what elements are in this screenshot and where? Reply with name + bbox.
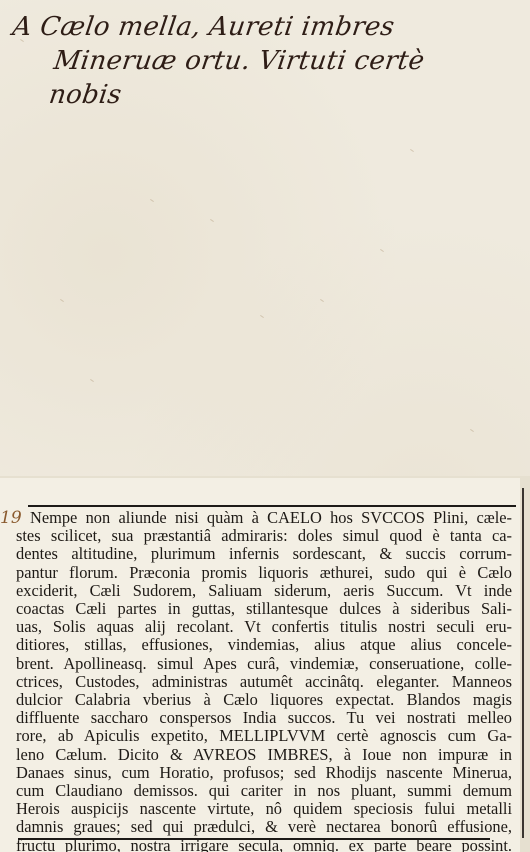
- paper-fleck: [210, 219, 214, 222]
- print-line: stes scilicet, sua præstantiâ admiraris:…: [16, 527, 512, 545]
- print-line: brent. Apollineasq. simul Apes curâ, vin…: [16, 655, 512, 673]
- top-rule: [28, 505, 516, 507]
- inscription-line: Mineruæ ortu. Virtuti certè: [6, 44, 521, 78]
- print-line: Danaes sinus, cum Horatio, profusos; sed…: [16, 764, 512, 782]
- print-line: cum Claudiano demissos. qui cariter in n…: [16, 782, 512, 800]
- handwritten-inscription: A Cælo mella, Aureti imbres Mineruæ ortu…: [1, 10, 525, 112]
- paper-fleck: [260, 315, 264, 318]
- inscription-line: A Cælo mella, Aureti imbres: [10, 10, 525, 44]
- print-line: pantur florum. Præconia promis liquoris …: [16, 564, 512, 582]
- paper-fleck: [60, 299, 64, 302]
- print-line: leno Cælum. Dicito & AVREOS IMBRES, à Io…: [16, 746, 512, 764]
- paper-fleck: [90, 379, 94, 382]
- paper-fleck: [150, 199, 154, 202]
- slip-right-edge: [522, 488, 524, 838]
- paper-fleck: [380, 249, 384, 252]
- printed-text-block: Nempe non aliunde nisi quàm à CAELO hos …: [16, 509, 512, 852]
- paper-fleck: [470, 429, 474, 432]
- print-line: damnis graues; sed qui prædulci, & verè …: [16, 818, 512, 836]
- paper-fleck: [320, 299, 324, 302]
- print-line: diffluente saccharo conspersos India suc…: [16, 709, 512, 727]
- print-line: coactas Cæli partes in guttas, stillante…: [16, 600, 512, 618]
- paper-fleck: [410, 149, 414, 152]
- print-line: uas, Solis aquas alij recolant. Vt confe…: [16, 618, 512, 636]
- print-line: exciderit, Cæli Sudorem, Saliuam siderum…: [16, 582, 512, 600]
- print-line: dulcior Calabria vberius à Cælo liquores…: [16, 691, 512, 709]
- print-line: rore, ab Apiculis expetito, MELLIPLVVM c…: [16, 727, 512, 745]
- inscription-line: nobis: [1, 78, 516, 112]
- print-line: Herois auspicijs nascente virtute, nô qu…: [16, 800, 512, 818]
- print-line: ditiores, stillas, effusiones, vindemias…: [16, 636, 512, 654]
- bottom-rule: [18, 838, 490, 840]
- print-line: Nempe non aliunde nisi quàm à CAELO hos …: [16, 509, 512, 527]
- print-line: dentes altitudine, plurimum infernis sor…: [16, 545, 512, 563]
- print-line: ctrices, Custodes, administras autumêt a…: [16, 673, 512, 691]
